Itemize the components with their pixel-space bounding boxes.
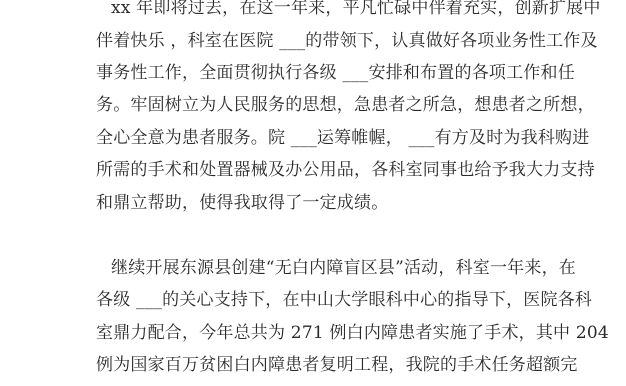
text-line: 伴着快乐 ，科室在医院 ___的带领下，认真做好各项业务性工作及 — [96, 31, 598, 51]
text-line: 和鼎立帮助，使得我取得了一定成绩。 — [96, 193, 388, 213]
text-line: xx 年即将过去，在这一年来，平凡忙碌中伴着充实，创新扩展中 — [111, 0, 601, 18]
text-line: 例为国家百万贫困白内障患者复明工程，我院的手术任务超额完 — [96, 355, 578, 375]
text-line: 室鼎力配合，今年总共为 271 例白内障患者实施了手术，其中 204 — [96, 323, 609, 343]
text-line: 务。牢固树立为人民服务的思想，急患者之所急，想患者之所想， — [96, 95, 595, 115]
document-page: xx 年即将过去，在这一年来，平凡忙碌中伴着充实，创新扩展中 伴着快乐 ，科室在… — [0, 0, 626, 386]
text-line: 全心全意为患者服务。院 ___运筹帷幄， ___有方及时为我科购进 — [96, 128, 589, 148]
text-line: 各级 ___的关心支持下，在中山大学眼科中心的指导下，医院各科 — [96, 290, 592, 310]
text-line: 继续开展东源县创建“无白内障盲区县”活动，科室一年来，在 — [111, 258, 576, 278]
text-line: 所需的手术和处置器械及办公用品，各科室同事也给予我大力支持 — [96, 160, 595, 180]
text-line: 事务性工作，全面贯彻执行各级 ___安排和布置的各项工作和任 — [96, 63, 575, 83]
